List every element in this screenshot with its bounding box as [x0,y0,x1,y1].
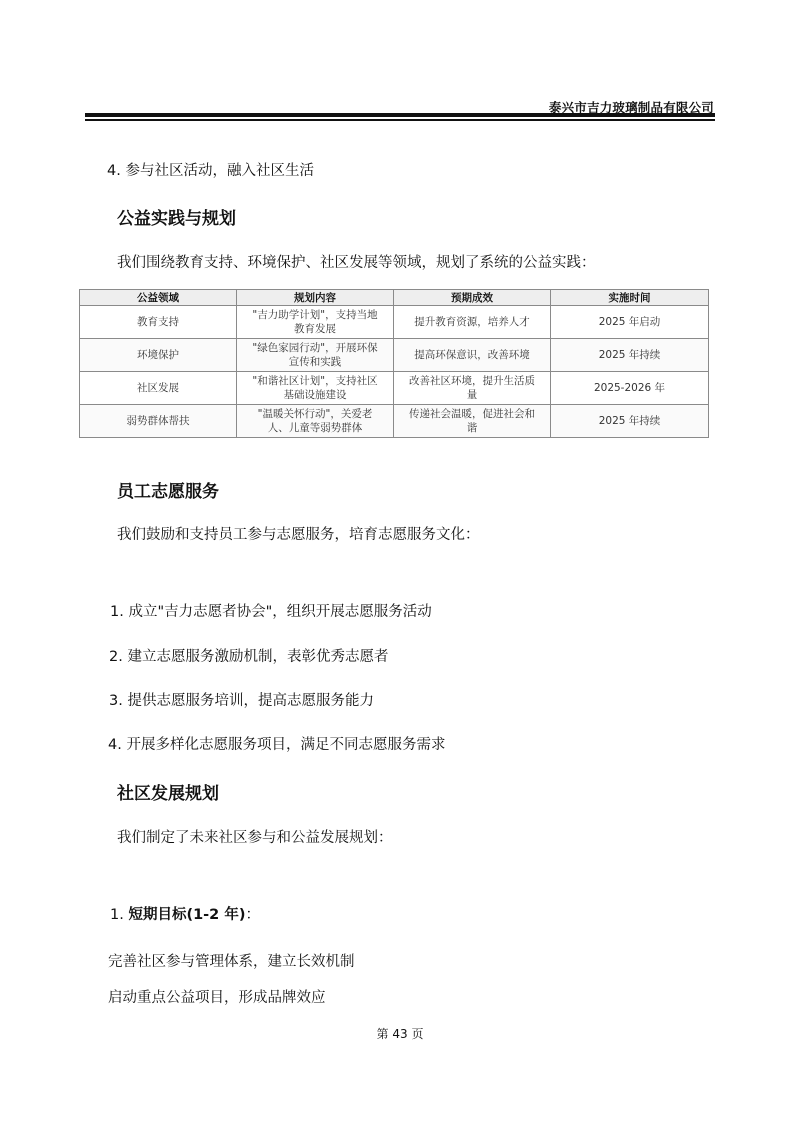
section-intro-community-plan: 我们制定了未来社区参与和公益发展规划： [117,826,393,847]
volunteer-list-item: 4. 开展多样化志愿服务项目，满足不同志愿服务需求 [108,733,445,754]
cell-effect-line1: 改善社区环境，提升生活质 [400,374,544,388]
column-header-plan: 规划内容 [237,290,394,306]
cell-area: 教育支持 [80,306,237,339]
column-header-effect: 预期成效 [394,290,551,306]
header-rule-thick [85,113,715,117]
list-item-community-activity: 4. 参与社区活动，融入社区生活 [107,159,314,180]
volunteer-list-item: 2. 建立志愿服务激励机制，表彰优秀志愿者 [109,645,388,666]
cell-effect-line1: 提升教育资源，培养人才 [400,315,544,329]
table-row: 教育支持 "吉力助学计划"，支持当地教育发展 提升教育资源，培养人才 2025 … [80,306,709,339]
cell-plan: "温暖关怀行动"，关爱老人、儿童等弱势群体 [237,405,394,438]
cell-time: 2025 年持续 [551,339,709,372]
column-header-time: 实施时间 [551,290,709,306]
section-intro-public-welfare: 我们围绕教育支持、环境保护、社区发展等领域，规划了系统的公益实践： [117,251,596,272]
cell-area: 环境保护 [80,339,237,372]
cell-effect-line2: 量 [400,388,544,402]
cell-plan-line2: 宣传和实践 [243,355,387,369]
cell-effect-line1: 提高环保意识，改善环境 [400,348,544,362]
short-term-number: 1. [110,907,128,923]
header-rule-thin [85,119,715,121]
cell-effect-line2: 谐 [400,421,544,435]
table-row: 环境保护 "绿色家园行动"，开展环保宣传和实践 提高环保意识，改善环境 2025… [80,339,709,372]
volunteer-list-item: 1. 成立"吉力志愿者协会"，组织开展志愿服务活动 [110,600,432,621]
cell-effect-line1: 传递社会温暖，促进社会和 [400,407,544,421]
column-header-area: 公益领域 [80,290,237,306]
short-term-goal-heading: 1. 短期目标(1-2 年)： [110,903,260,924]
section-intro-volunteer: 我们鼓励和支持员工参与志愿服务，培育志愿服务文化： [117,523,480,544]
cell-time: 2025 年持续 [551,405,709,438]
cell-effect: 改善社区环境，提升生活质量 [394,372,551,405]
short-term-item: 完善社区参与管理体系，建立长效机制 [108,950,355,971]
section-title-public-welfare: 公益实践与规划 [117,204,236,229]
cell-plan-line2: 人、儿童等弱势群体 [243,421,387,435]
table-header-row: 公益领域 规划内容 预期成效 实施时间 [80,290,709,306]
section-title-volunteer: 员工志愿服务 [117,477,219,502]
short-term-item: 启动重点公益项目，形成品牌效应 [108,986,326,1007]
cell-plan-line1: "绿色家园行动"，开展环保 [243,341,387,355]
short-term-colon: ： [245,907,260,923]
cell-plan-line1: "和谐社区计划"，支持社区 [243,374,387,388]
cell-effect: 提高环保意识，改善环境 [394,339,551,372]
cell-plan: "绿色家园行动"，开展环保宣传和实践 [237,339,394,372]
cell-effect: 传递社会温暖，促进社会和谐 [394,405,551,438]
public-welfare-table: 公益领域 规划内容 预期成效 实施时间 教育支持 "吉力助学计划"，支持当地教育… [79,289,709,438]
cell-area: 社区发展 [80,372,237,405]
cell-plan: "吉力助学计划"，支持当地教育发展 [237,306,394,339]
cell-plan-line2: 基础设施建设 [243,388,387,402]
volunteer-list-item: 3. 提供志愿服务培训，提高志愿服务能力 [109,689,374,710]
cell-area: 弱势群体帮扶 [80,405,237,438]
short-term-label: 短期目标(1-2 年) [128,907,245,923]
cell-time: 2025 年启动 [551,306,709,339]
section-title-community-plan: 社区发展规划 [117,779,219,804]
cell-plan: "和谐社区计划"，支持社区基础设施建设 [237,372,394,405]
table-row: 社区发展 "和谐社区计划"，支持社区基础设施建设 改善社区环境，提升生活质量 2… [80,372,709,405]
page-number: 第 43 页 [0,1025,800,1042]
cell-plan-line1: "吉力助学计划"，支持当地 [243,308,387,322]
cell-plan-line2: 教育发展 [243,322,387,336]
cell-effect: 提升教育资源，培养人才 [394,306,551,339]
cell-time: 2025-2026 年 [551,372,709,405]
table-row: 弱势群体帮扶 "温暖关怀行动"，关爱老人、儿童等弱势群体 传递社会温暖，促进社会… [80,405,709,438]
cell-plan-line1: "温暖关怀行动"，关爱老 [243,407,387,421]
